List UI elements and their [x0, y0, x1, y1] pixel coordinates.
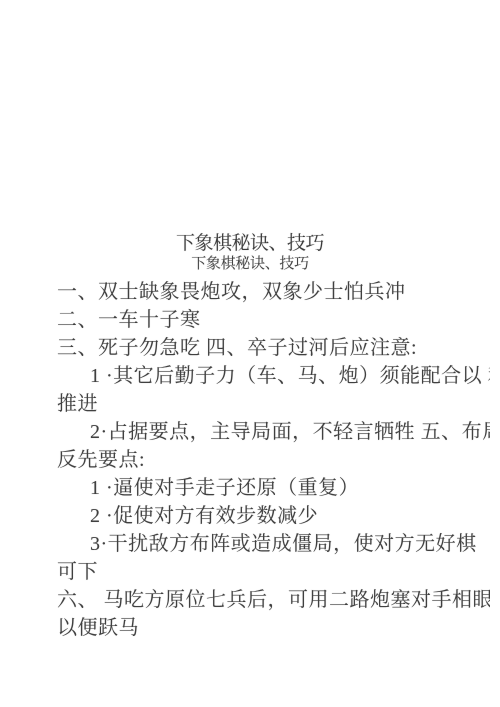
text-line: 一、双士缺象畏炮攻，双象少士怕兵冲 — [57, 278, 490, 306]
text-line: 二、一车十子寒 — [57, 306, 490, 334]
text-line: 1 ·逼使对手走子还原（重复） — [57, 474, 490, 502]
document-title: 下象棋秘诀、技巧 — [0, 232, 500, 255]
text-line: 三、死子勿急吃 四、卒子过河后应注意: — [57, 334, 490, 362]
text-line: 以便跃马 — [57, 614, 490, 642]
document-page: 下象棋秘诀、技巧 下象棋秘诀、技巧 一、双士缺象畏炮攻，双象少士怕兵冲 二、一车… — [0, 0, 500, 707]
text-line: 六、 马吃方原位七兵后，可用二路炮塞对手相眼， — [57, 586, 490, 614]
text-line: 2 ·促使对方有效步数减少 — [57, 502, 490, 530]
text-line: 1 ·其它后勤子力（车、马、炮）须能配合以 利 — [57, 362, 490, 390]
document-body: 一、双士缺象畏炮攻，双象少士怕兵冲 二、一车十子寒 三、死子勿急吃 四、卒子过河… — [57, 278, 490, 642]
text-line: 可下 — [57, 558, 490, 586]
text-line: 2·占据要点，主导局面，不轻言牺牲 五、布局 — [57, 418, 490, 446]
document-subtitle: 下象棋秘诀、技巧 — [0, 255, 500, 273]
text-line: 推进 — [57, 390, 490, 418]
text-line: 3·干扰敌方布阵或造成僵局，使对方无好棋 — [57, 530, 490, 558]
text-line: 反先要点: — [57, 446, 490, 474]
